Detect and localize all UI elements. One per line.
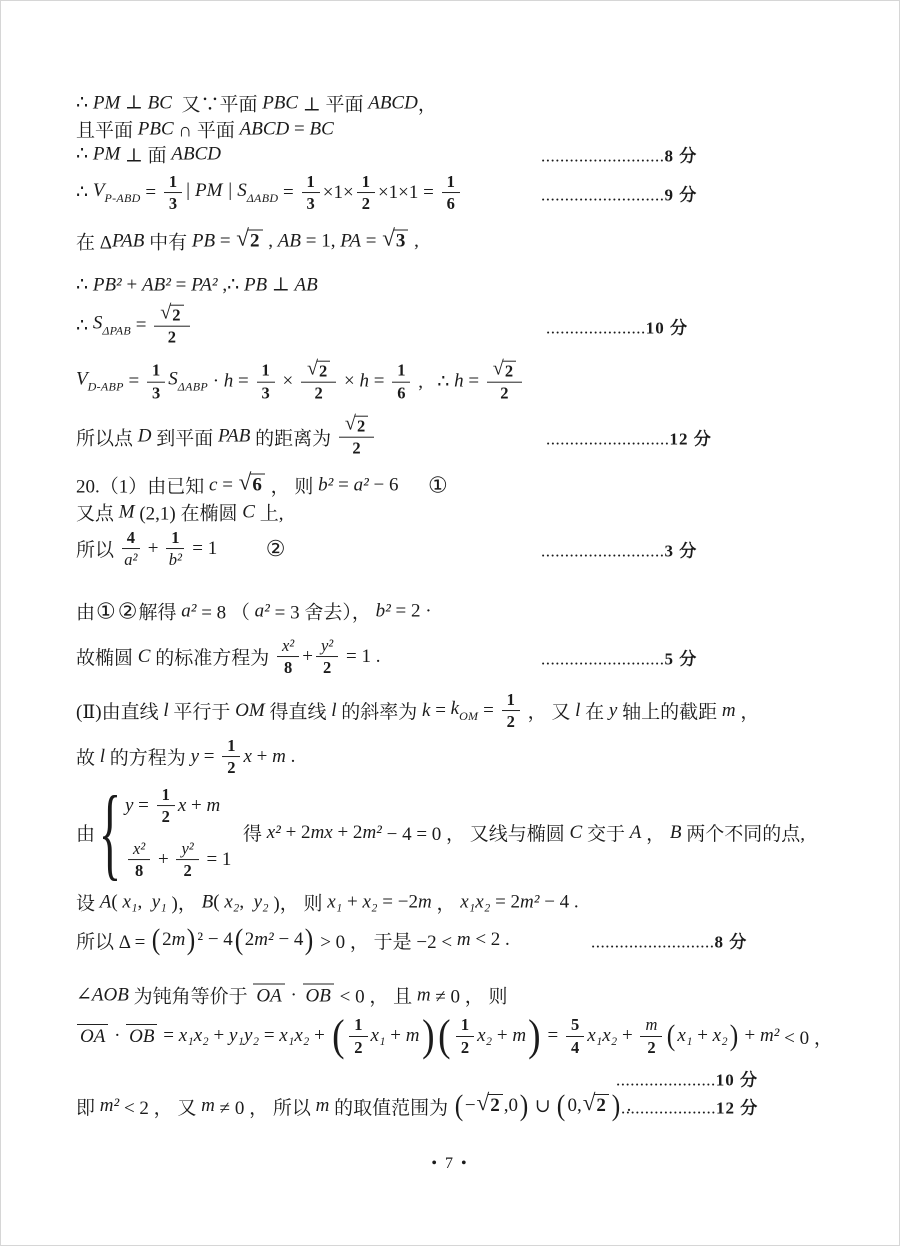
math-run: m — [512, 1025, 526, 1047]
frac-text: 1 — [397, 361, 405, 380]
frac-num: √2 — [301, 361, 336, 383]
text-run: ⊥ — [267, 274, 294, 297]
math-run: c — [209, 474, 217, 496]
text-run: + — [309, 1025, 329, 1047]
frac-text: 1 — [461, 1015, 469, 1034]
text-run: + — [302, 646, 313, 668]
math-italic: V — [76, 369, 88, 390]
math-run: m² — [254, 929, 273, 951]
text-run: 两个不同的点, — [681, 820, 805, 847]
score-marker: ..........................8 分 — [591, 928, 747, 953]
frac-text: 6 — [397, 383, 405, 402]
math-italic: k — [422, 700, 430, 721]
text-run: 的取值范围为 — [329, 1093, 453, 1120]
math-italic: PB — [244, 274, 267, 295]
text-run: ， 则 — [266, 472, 318, 499]
score-points: 8 分 — [665, 147, 698, 166]
paren: ) — [520, 1091, 529, 1121]
score-marker: ....................12 分 — [621, 1094, 758, 1119]
frac-den: b² — [169, 550, 182, 570]
math-italic: OM — [235, 700, 265, 721]
frac-text: 3 — [169, 195, 177, 214]
math-italic: x₁x₂ — [460, 891, 490, 912]
text-run: ⊥ — [120, 92, 147, 115]
math-run: m² — [520, 891, 539, 913]
math-line: 又点 M (2,1) 在椭圆 C 上, — [76, 499, 283, 526]
score-points: 9 分 — [665, 186, 698, 205]
system-row: y = 12x + m — [125, 785, 232, 827]
math-italic: c — [209, 474, 217, 495]
text-run: 0, — [567, 1095, 581, 1117]
math-run: b² — [376, 600, 391, 622]
vector-overline: OA — [253, 983, 284, 1007]
math-italic: C — [570, 822, 583, 843]
dot-leader: .......................... — [541, 650, 665, 669]
frac-den: 2 — [323, 658, 331, 678]
text-run: × — [278, 371, 298, 393]
text-run — [217, 538, 265, 560]
frac-num: 1 — [349, 1015, 367, 1036]
math-run: A — [100, 891, 112, 913]
frac-text: 4 — [127, 528, 135, 547]
math-italic: BC — [148, 92, 172, 113]
text-run: 的方程为 — [105, 744, 191, 771]
math-line: 且平面 PBC ∩ 平面 ABCD = BC — [76, 116, 334, 143]
frac-text: 5 — [571, 1015, 579, 1034]
math-italic: mx — [311, 822, 333, 843]
dot-leader: .......................... — [546, 430, 670, 449]
text-run: ∴ — [76, 182, 93, 205]
math-italic: x₁x₂ — [179, 1025, 209, 1046]
math-line: 在 ΔPAB 中有 PB = √2 , AB = 1, PA = √3 , — [76, 228, 419, 255]
fraction: 4a² — [122, 528, 140, 570]
frac-num: x² — [277, 636, 299, 657]
math-run: PM — [93, 92, 120, 114]
math-italic: m — [418, 891, 432, 912]
math-run: k — [422, 700, 430, 722]
text-run: = — [478, 700, 498, 722]
text-run: 的斜率为 — [336, 698, 422, 725]
text-run: 所以 — [76, 536, 119, 563]
text-run: + — [617, 1025, 637, 1047]
math-run: m² — [100, 1095, 119, 1117]
radicand: 2 — [355, 416, 368, 436]
sqrt-expression: √2 — [236, 229, 262, 252]
text-run: 设 — [76, 889, 100, 916]
math-run: PM — [93, 143, 120, 165]
math-line: 所以 Δ = (2m)² − 4(2m² − 4) > 0 ， 于是 −2 < … — [76, 925, 510, 955]
math-italic: AB — [278, 230, 301, 251]
vector-overline: OB — [126, 1024, 157, 1048]
text-run: ,∴ — [218, 274, 244, 297]
paren: ( — [235, 925, 244, 955]
math-italic: m — [512, 1025, 526, 1046]
frac-num: 1 — [164, 172, 182, 193]
paren: ) — [305, 925, 314, 955]
frac-text: y² — [321, 636, 333, 655]
text-run: ( — [111, 891, 122, 913]
text-run: ∠ — [76, 984, 92, 1007]
frac-den: 2 — [461, 1037, 469, 1057]
paren: ) — [729, 1021, 738, 1051]
radical-icon: √ — [307, 359, 318, 379]
text-run: , — [264, 230, 278, 252]
frac-text: 1 — [227, 736, 235, 755]
frac-num: 1 — [442, 172, 460, 193]
frac-text: 2 — [183, 861, 191, 880]
text-run: , — [239, 891, 253, 913]
frac-text: a² — [124, 551, 137, 570]
frac-text: 3 — [262, 383, 270, 402]
math-italic: m — [316, 1095, 330, 1116]
text-run: + — [153, 849, 173, 871]
frac-den: 2 — [500, 383, 508, 403]
text-run: − 4 . — [539, 891, 578, 913]
score-points: 5 分 — [665, 650, 698, 669]
math-italic: m — [201, 1095, 215, 1116]
text-run: = — [289, 118, 309, 140]
score-marker: ..........................8 分 — [541, 142, 697, 167]
frac-text: 2 — [507, 713, 515, 732]
math-run: AB² — [142, 274, 171, 296]
math-italic: y₁ — [152, 891, 167, 912]
frac-num: 1 — [502, 690, 520, 711]
math-line: ∠AOB 为钝角等价于 OA · OB < 0 ， 且 m ≠ 0 ， 则 — [76, 982, 508, 1009]
math-italic: x² — [267, 822, 281, 843]
math-run: b² — [318, 474, 333, 496]
math-italic: PA — [340, 230, 361, 251]
text-run: = 1 . — [341, 646, 380, 668]
text-run: = — [217, 474, 237, 496]
math-italic: D — [138, 426, 152, 447]
text-run: + — [143, 538, 163, 560]
math-run: a² — [255, 600, 270, 622]
math-italic: a² — [255, 600, 270, 621]
math-line: 故 l 的方程为 y = 12x + m . — [76, 736, 295, 778]
math-italic: a² — [354, 474, 369, 495]
frac-text: 1 — [362, 172, 370, 191]
frac-num: 1 — [357, 172, 375, 193]
frac-text: 2 — [500, 384, 508, 403]
fraction: 13 — [164, 172, 182, 214]
text-run: = — [141, 182, 161, 204]
text-run: = — [171, 274, 191, 296]
vector-overline: OB — [303, 983, 334, 1007]
circled-number: ② — [265, 538, 287, 560]
text-run: 在 — [580, 698, 609, 725]
text-run: 所以点 — [76, 423, 138, 450]
math-run: PAB — [218, 426, 250, 448]
frac-num: x² — [128, 839, 150, 860]
text-run: − 6 — [369, 474, 399, 496]
text-run: ∩ 平面 — [174, 116, 240, 143]
radicand: 2 — [594, 1094, 609, 1117]
text-run: = — [131, 315, 151, 337]
fraction: 12 — [456, 1015, 474, 1057]
text-run: = 1, — [301, 230, 340, 252]
frac-text: 2 — [168, 328, 176, 347]
radicand: 2 — [488, 1094, 503, 1117]
text-run: ∴ — [76, 274, 93, 297]
text-run: = — [259, 1025, 279, 1047]
frac-text: 3 — [152, 383, 160, 402]
frac-num: 5 — [566, 1015, 584, 1036]
frac-den: 3 — [307, 194, 315, 214]
text-run: + — [342, 891, 362, 913]
text-run: 又∵平面 — [172, 90, 262, 117]
math-italic: m — [272, 746, 286, 767]
math-run: ABCD — [368, 92, 418, 114]
text-run: < 0 ， 且 — [335, 982, 417, 1009]
text-run: = — [361, 230, 381, 252]
math-line: ∴ PM ⊥ BC 又∵平面 PBC ⊥ 平面 ABCD， — [76, 90, 437, 117]
math-italic: m² — [362, 822, 381, 843]
subscript: ΔABP — [178, 380, 208, 394]
math-italic: m — [417, 984, 431, 1005]
text-run: ² − 4 — [197, 929, 232, 951]
math-line: OA · OB = x₁x₂ + y₁y₂ = x₁x₂ + (12x₁ + m… — [76, 1014, 833, 1058]
paren: ( — [557, 1091, 566, 1121]
sqrt-expression: √2 — [477, 1094, 503, 1117]
paren: ) — [528, 1014, 540, 1058]
math-run: M — [119, 501, 135, 523]
math-run: m — [418, 891, 432, 913]
math-italic: m — [406, 1025, 420, 1046]
math-run: x₁x₂ — [460, 891, 490, 913]
math-run: y — [125, 795, 133, 817]
dot-leader: ..................... — [616, 1071, 716, 1090]
math-run: PBC — [262, 92, 298, 114]
math-italic: C — [242, 501, 255, 522]
math-run: PA — [340, 230, 361, 252]
math-italic: y — [609, 700, 617, 721]
subscript: OM — [459, 709, 478, 723]
text-run: ， — [418, 90, 437, 117]
fraction: 54 — [566, 1015, 584, 1057]
dot-leader: .......................... — [541, 186, 665, 205]
text-run: 中有 — [144, 228, 192, 255]
frac-text: 6 — [447, 195, 455, 214]
text-run: ∪ — [530, 1095, 555, 1118]
fraction: 12 — [222, 736, 240, 778]
math-run: x₂ — [363, 891, 378, 913]
math-run: VP-ABD — [93, 180, 141, 206]
text-run: ⊥ 面 — [120, 141, 171, 168]
score-marker: ..........................12 分 — [546, 425, 712, 450]
paren: ) — [612, 1091, 621, 1121]
math-italic: m — [722, 700, 736, 721]
frac-text: 1 — [262, 361, 270, 380]
fraction: 1b² — [166, 528, 184, 570]
math-run: m² — [362, 822, 381, 844]
math-italic: V — [93, 180, 105, 201]
frac-num: m — [640, 1015, 662, 1036]
text-run: 且平面 — [76, 116, 138, 143]
math-run: PBC — [138, 118, 174, 140]
math-run: x₁x₂ — [279, 1025, 309, 1047]
frac-text: 1 — [447, 172, 455, 191]
radical-icon: √ — [493, 359, 504, 379]
math-italic: PAB — [218, 426, 250, 447]
frac-num: 1 — [302, 172, 320, 193]
text-run: = 2 — [490, 891, 520, 913]
text-run: = — [158, 1025, 178, 1047]
text-run: ， — [641, 820, 670, 847]
math-run: x₁x₂ — [179, 1025, 209, 1047]
math-italic: b² — [318, 474, 333, 495]
math-run: y — [191, 746, 199, 768]
math-run: m — [722, 700, 736, 722]
math-line: 故椭圆 C 的标准方程为 x²8+y²2 = 1 . — [76, 636, 380, 678]
frac-text: 8 — [135, 861, 143, 880]
text-run: 解得 — [138, 598, 181, 625]
math-run: m — [406, 1025, 420, 1047]
radical-icon: √ — [236, 227, 249, 250]
text-run: + 2 — [281, 822, 311, 844]
text-run: + — [252, 746, 272, 768]
math-run: m — [457, 929, 471, 951]
system-rows: y = 12x + mx²8 + y²2 = 1 — [125, 785, 232, 881]
frac-text: 8 — [284, 659, 292, 678]
text-run: + — [386, 1025, 406, 1047]
math-italic: B — [202, 891, 214, 912]
text-run: = — [430, 700, 450, 722]
math-italic: BC — [309, 118, 333, 139]
math-line: ∴ PB² + AB² = PA² ,∴ PB ⊥ AB — [76, 274, 318, 297]
frac-den: 8 — [135, 860, 143, 880]
radical-icon: √ — [583, 1092, 596, 1115]
math-run: C — [242, 501, 255, 523]
text-run: = — [133, 795, 153, 817]
score-points: 8 分 — [715, 933, 748, 952]
math-run: h — [360, 371, 370, 393]
math-run: x — [178, 795, 186, 817]
dot-leader: .................... — [621, 1099, 716, 1118]
math-run: x₂ — [713, 1025, 728, 1047]
score-points: 12 分 — [670, 430, 712, 449]
score-points: 10 分 — [716, 1071, 758, 1090]
text-run: = — [124, 371, 144, 393]
math-italic: h — [360, 371, 370, 392]
frac-num: 1 — [166, 528, 184, 549]
frac-num: √2 — [154, 305, 189, 327]
math-run: PB² — [93, 274, 122, 296]
math-italic: b² — [376, 600, 391, 621]
text-run: ( — [213, 891, 224, 913]
frac-den: 2 — [352, 438, 360, 458]
math-italic: x — [178, 795, 186, 816]
sqrt-expression: √2 — [583, 1094, 609, 1117]
paren: ( — [438, 1014, 450, 1058]
text-run: = 8 （ — [196, 598, 254, 625]
math-run: h — [224, 371, 234, 393]
subscript: ΔABD — [247, 191, 279, 205]
math-italic: x₂ — [713, 1025, 728, 1046]
math-run: PAB — [112, 230, 144, 252]
math-run: ABCD — [240, 118, 290, 140]
math-line: 设 A( x₁, y₁ )， B( x₂, y₂ )， 则 x₁ + x₂ = … — [76, 889, 579, 916]
radicand: 2 — [170, 305, 183, 325]
text-run: + — [492, 1025, 512, 1047]
frac-den: 2 — [354, 1037, 362, 1057]
math-italic: ABCD — [240, 118, 290, 139]
text-run: 20.（1）由已知 — [76, 472, 209, 499]
text-run: (2,1) 在椭圆 — [135, 499, 243, 526]
math-run: SΔABP — [168, 369, 208, 395]
text-run: = — [333, 474, 353, 496]
text-run: = — [199, 746, 219, 768]
text-run: + — [740, 1025, 760, 1047]
frac-text: 1 — [162, 785, 170, 804]
math-italic: B — [670, 822, 682, 843]
text-run: + — [122, 274, 142, 296]
text-run: < 0 ， — [779, 1023, 832, 1050]
text-run: = — [369, 371, 389, 393]
math-italic: m — [172, 929, 186, 950]
frac-den: 8 — [284, 658, 292, 678]
text-run: ， — [736, 698, 760, 725]
text-run — [399, 474, 428, 496]
fraction: 12 — [357, 172, 375, 214]
text-run: ×1×1 = — [378, 182, 439, 204]
frac-den: 2 — [162, 807, 170, 827]
frac-den: 3 — [262, 382, 270, 402]
math-italic: y — [125, 795, 133, 816]
math-line: ∴ SΔPAB = √22 — [76, 305, 193, 348]
text-run: ∴ — [76, 314, 93, 337]
math-run: m — [172, 929, 186, 951]
radical-icon: √ — [239, 471, 252, 494]
frac-text: 2 — [227, 759, 235, 778]
text-run: = 1 — [202, 849, 232, 871]
text-run: 又点 — [76, 499, 119, 526]
text-run: = −2 — [378, 891, 418, 913]
frac-den: 6 — [447, 194, 455, 214]
text-run: = 3 舍去）， — [270, 598, 376, 625]
math-run: x — [243, 746, 251, 768]
subscript: ΔPAB — [102, 324, 131, 338]
math-italic: C — [138, 646, 151, 667]
fraction: 13 — [257, 361, 275, 403]
fraction: √22 — [339, 416, 374, 459]
frac-text: 2 — [315, 384, 323, 403]
math-run: BC — [309, 118, 333, 140]
text-run: )， 则 — [269, 889, 328, 916]
text-run: 2 — [162, 929, 172, 951]
math-italic: x₂ — [224, 891, 239, 912]
math-italic: M — [119, 501, 135, 522]
math-italic: m² — [100, 1095, 119, 1116]
math-line: 20.（1）由已知 c = √6 ， 则 b² = a² − 6 ① — [76, 472, 449, 499]
text-run: + — [186, 795, 206, 817]
text-run: 的距离为 — [250, 423, 336, 450]
math-italic: m² — [254, 929, 273, 950]
math-italic: S — [168, 369, 178, 390]
math-italic: m — [207, 795, 221, 816]
score-points: 3 分 — [665, 542, 698, 561]
text-run: · — [208, 371, 224, 393]
math-run: VD-ABP — [76, 369, 124, 395]
math-run: m — [316, 1095, 330, 1117]
circled-number: ① — [427, 474, 449, 496]
vector-overline: OA — [77, 1024, 108, 1048]
fraction: m2 — [640, 1015, 662, 1057]
fraction: √22 — [154, 305, 189, 348]
text-run: . — [286, 746, 296, 768]
math-italic: PB — [192, 230, 215, 251]
frac-den: a² — [124, 550, 137, 570]
math-italic: x₁ — [677, 1025, 692, 1046]
